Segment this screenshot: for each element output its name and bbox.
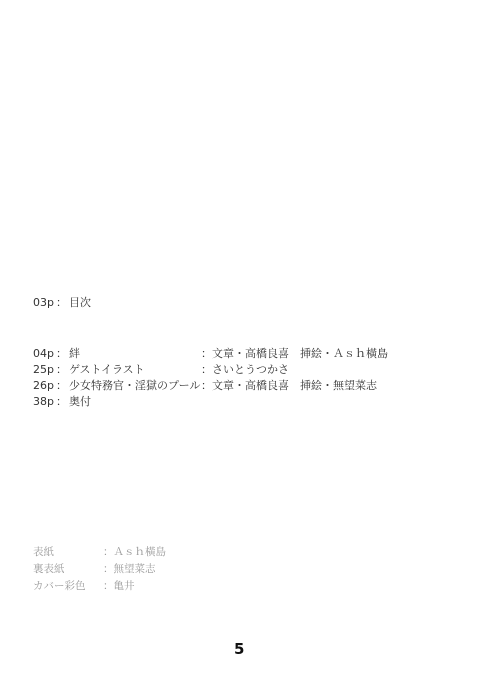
credit-label: 表紙: [33, 545, 103, 559]
entry-title: 奥付: [69, 395, 91, 408]
credit-value: ：無望菜志: [103, 563, 156, 575]
page-ref: 04p: [33, 347, 54, 361]
page-number: 5: [234, 641, 244, 657]
separator: ：: [56, 379, 67, 393]
entry-credit: ：文章・高橋良喜 挿絵・無望菜志: [201, 379, 377, 393]
toc-entry: 26p：少女特務官・淫獄のプール ：文章・高橋良喜 挿絵・無望菜志: [33, 379, 200, 393]
cover-credit: 裏表紙：無望菜志: [33, 562, 156, 576]
cover-credit: 表紙：Ａｓｈ橫島: [33, 545, 166, 559]
page-ref: 03p: [33, 296, 54, 310]
entry-title: 絆: [69, 347, 80, 360]
contents-entry: 03p：目次: [33, 296, 91, 310]
credit-value: ：亀井: [103, 580, 135, 592]
separator: ：: [56, 395, 67, 409]
credit-label: カバー彩色: [33, 579, 103, 593]
separator: ：: [56, 347, 67, 361]
page-ref: 38p: [33, 395, 54, 409]
toc-entry: 25p：ゲストイラスト ：さいとうつかさ: [33, 363, 145, 377]
entry-title: 目次: [69, 296, 91, 309]
page-ref: 26p: [33, 379, 54, 393]
separator: ：: [56, 363, 67, 377]
toc-entry: 38p：奥付: [33, 395, 91, 409]
credit-label: 裏表紙: [33, 562, 103, 576]
entry-title: ゲストイラスト: [69, 363, 145, 376]
credit-value: ：Ａｓｈ橫島: [103, 546, 166, 558]
separator: ：: [56, 296, 67, 310]
entry-credit: ：さいとうつかさ: [201, 363, 289, 377]
entry-title: 少女特務官・淫獄のプール: [69, 379, 200, 392]
page-ref: 25p: [33, 363, 54, 377]
toc-entry: 04p：絆 ：文章・高橋良喜 挿絵・Ａｓｈ橫島: [33, 347, 80, 361]
entry-credit: ：文章・高橋良喜 挿絵・Ａｓｈ橫島: [201, 347, 388, 361]
cover-credit: カバー彩色：亀井: [33, 579, 135, 593]
